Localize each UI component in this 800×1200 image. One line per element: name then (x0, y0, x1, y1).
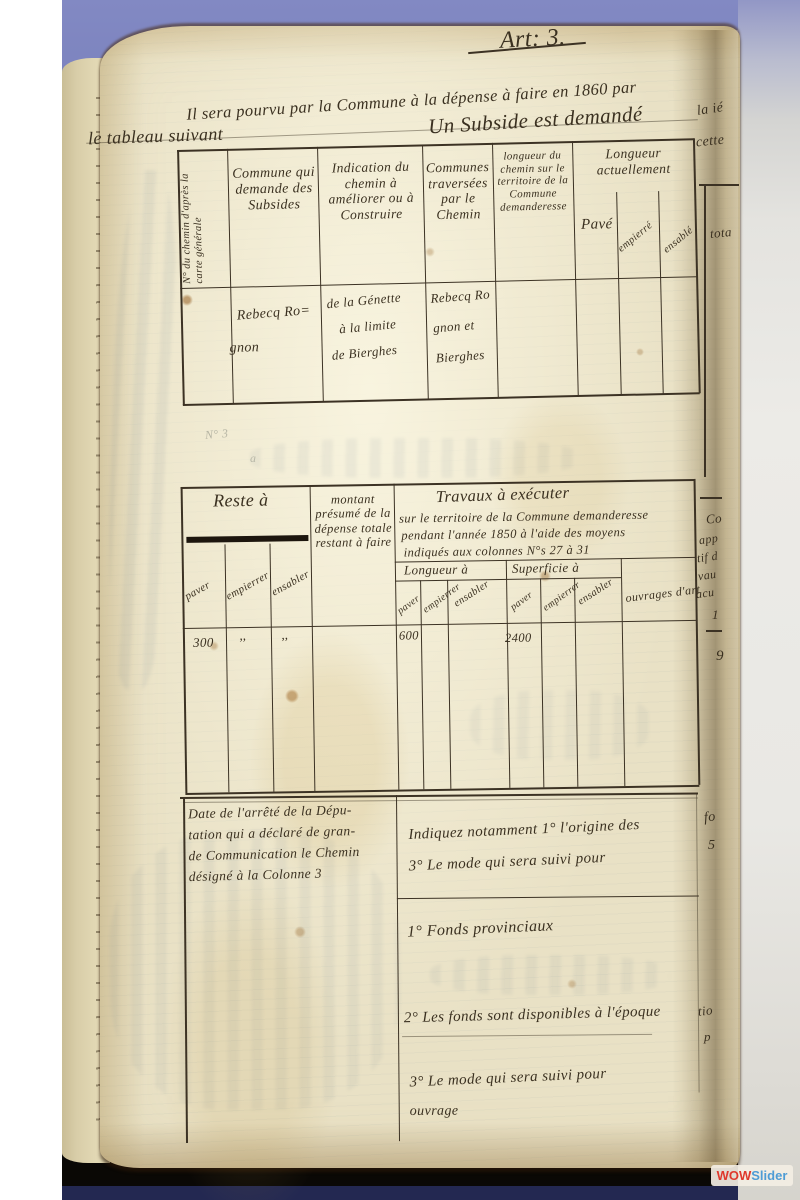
table-line (224, 544, 229, 792)
table1-header-empierre: empierré (616, 220, 655, 255)
table2-value-reste-empierrer: ’’ (238, 636, 246, 651)
facing-page-edge (738, 0, 800, 1200)
right-page-dash (706, 630, 722, 632)
table3-item-3b: ouvrage (410, 1104, 459, 1121)
table2-header-superficie-a: Superficie à (512, 561, 579, 577)
right-page-fragment: 5 (708, 838, 715, 854)
table-line (658, 191, 664, 394)
table3-left-cell: de Communication le Chemin (188, 844, 360, 864)
table-cloth-strip (62, 1186, 738, 1200)
bleedthrough-ghost (250, 438, 580, 478)
table2-header-longueur-a: Longueur à (404, 563, 469, 579)
table1-header-longueur: longueur du chemin sur le territoire de … (495, 149, 570, 214)
table1-row-commune: Rebecq Ro= (236, 303, 311, 325)
table2-header-reste-empierrer: empierrer (224, 569, 271, 603)
table-line (572, 141, 579, 396)
table2-value-reste-ensabler: ’’ (280, 635, 288, 650)
watermark-slider-text: Slider (751, 1168, 787, 1183)
table1-row-commune: gnon (229, 340, 259, 357)
right-page-fragment: cette (695, 133, 725, 152)
table3-item-3: 3° Le mode qui sera suivi pour (409, 1066, 607, 1092)
table2-header-reste-a: Reste à (206, 490, 276, 512)
right-page-fragment: p (704, 1030, 711, 1045)
right-page-fragment: app (698, 532, 719, 548)
table2-value-superficie-paver: 2400 (505, 631, 532, 646)
right-page-fragment: Co (705, 511, 722, 527)
table1-header-indication: Indication du chemin à améliorer ou à Co… (321, 159, 420, 223)
table1-row-indication: à la limite (339, 317, 397, 337)
table-travaux: Reste à paver empierrer ensabler montant… (181, 479, 701, 795)
right-page-fragment: acu (695, 586, 715, 602)
article-heading: Art: 3. (499, 24, 566, 55)
watermark-wow-text: WOW (717, 1168, 752, 1183)
table-line (506, 560, 511, 788)
table1-header-longueur-actuellement: Longueur actuellement (575, 144, 692, 178)
table-line (183, 620, 697, 629)
table3-note-line1: Indiquez notamment 1° l'origine des (408, 817, 640, 844)
table2-header-superficie-paver: paver (508, 590, 535, 614)
wowslider-watermark[interactable]: WOWSlider (711, 1165, 793, 1186)
table3-note-line2: 3° Le mode qui sera suivi pour (408, 850, 606, 876)
table1-header-commune: Commune qui demande des Subsides (231, 165, 316, 215)
right-page-fragment: fo (703, 809, 716, 826)
table-line (616, 192, 622, 395)
pencil-note: N° 3 (204, 427, 229, 443)
table1-header-ensable: ensablé (661, 225, 696, 256)
table1-header-traversees: Communes traversées par le Chemin (425, 159, 490, 222)
table2-header-montant: montant présumé de la dépense totale res… (314, 492, 393, 551)
table1-row-traversees: Bierghes (435, 348, 485, 367)
table3-left-cell: tation qui a déclaré de gran- (188, 823, 356, 843)
table1-row-indication: de la Génette (326, 290, 402, 312)
right-page-fragment: 1 (712, 608, 719, 623)
table1-header-road-no: N° du chemin d'après la carte générale (179, 157, 228, 284)
right-page-fragment: vau (697, 568, 717, 584)
table-notes: Date de l'arrêté de la Dépu- tation qui … (180, 792, 701, 1145)
table2-header-travaux-line4: indiqués aux colonnes N°s 27 à 31 (404, 543, 590, 560)
table2-header-longueur-paver: paver (395, 593, 422, 617)
table2-header-reste-ensabler: ensabler (270, 568, 312, 599)
table3-left-cell: Date de l'arrêté de la Dépu- (188, 802, 352, 822)
table1-header-pave: Pavé (577, 216, 617, 234)
table-subsides: N° du chemin d'après la carte générale C… (177, 138, 701, 408)
table1-row-indication: de Bierghes (331, 343, 398, 364)
right-page-fragment: tio (697, 1003, 713, 1019)
table2-header-reste-paver: paver (183, 579, 213, 603)
right-page-fragment: tif d (696, 550, 719, 567)
table-line (183, 797, 188, 1143)
table2-header-travaux-line1: Travaux à exécuter (435, 484, 569, 507)
table3-item-2: 2° Les fonds sont disponibles à l'époque (404, 1004, 661, 1028)
right-page-fragment: tota (709, 225, 732, 242)
right-page-dash (700, 497, 722, 499)
pencil-note: a (250, 452, 256, 466)
table3-item-1: 1° Fonds provinciaux (407, 917, 554, 942)
table2-header-travaux-line3: pendant l'année 1850 à l'aide des moyens (401, 525, 625, 543)
table2-value-longueur-paver: 600 (399, 628, 419, 643)
table1-row-traversees: Rebecq Ro (430, 287, 490, 306)
table3-left-cell: désigné à la Colonne 3 (189, 866, 323, 885)
right-page-fragment: 9 (716, 648, 724, 665)
table2-header-ouvrages-dart: ouvrages d'art (625, 583, 701, 606)
table1-row-traversees: gnon et (433, 318, 475, 336)
underline (402, 1034, 652, 1037)
table-line (397, 895, 699, 899)
table2-value-reste-paver: 300 (193, 636, 214, 651)
table-line (396, 795, 400, 1141)
table2-header-travaux-line2: sur le territoire de la Commune demander… (399, 508, 648, 526)
table2-header-superficie-ensabler: ensabler (576, 577, 616, 609)
reste-a-thick-bar (186, 535, 308, 543)
table-line (447, 580, 451, 789)
right-page-table-line (704, 185, 706, 477)
table-line (574, 578, 578, 787)
table-line (180, 276, 697, 289)
